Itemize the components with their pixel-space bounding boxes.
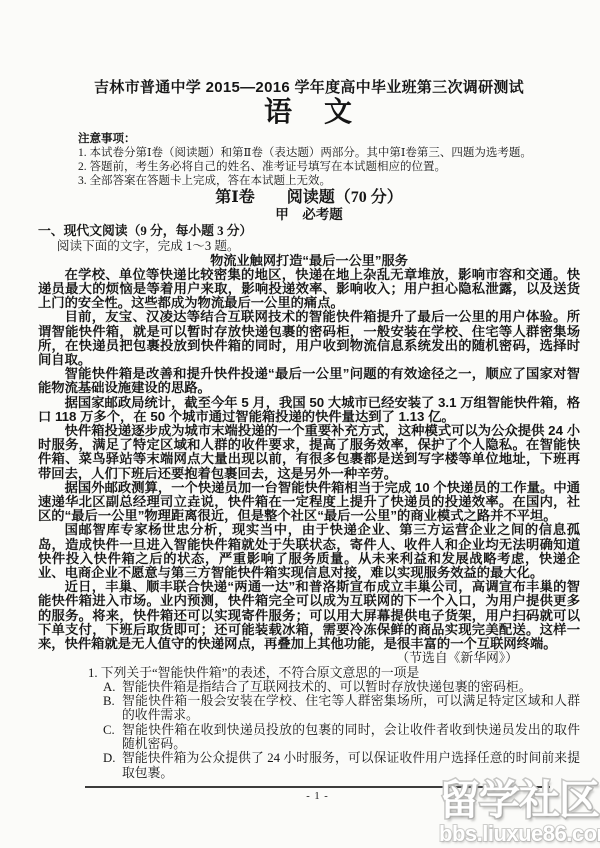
option-text: 智能快件箱在收到快递员投放的包裹的同时，会让收件者收到快递员发出的取件随机密码。 (122, 723, 580, 752)
article-paragraph: 国邮智库专家杨世忠分析，现实当中，由于快递企业、第三方运营企业之间的信息孤岛，造… (38, 523, 580, 580)
question-1-options: A. 智能快件箱是指结合了互联网技术的、可以暂时存放快递包裹的密码柜。 B. 智… (38, 680, 580, 780)
article-paragraph: 据国家邮政局统计，截至今年 5 月，我国 50 大城市已经安装了 3.1 万组智… (38, 396, 580, 424)
notice-item: 3. 全部答案在答题卡上完成，答在本试题上无效。 (78, 174, 580, 188)
question-type-heading: 一、现代文阅读（9 分，每小题 3 分） (38, 224, 580, 239)
article-paragraph: 智能快件箱是改善和提升快件投递“最后一公里”问题的有效途径之一，顺应了国家对智能… (38, 367, 580, 395)
option-label: C. (103, 723, 122, 752)
notice-title: 注意事项： (78, 132, 580, 146)
reading-instruction: 阅读下面的文字，完成 1～3 题。 (38, 239, 580, 253)
page-number: - 1 - (85, 791, 550, 802)
article-paragraph: 近日，丰巢、顺丰联合快递“两通一达”和普洛斯宣布成立丰巢公司，高调宣布丰巢的智能… (38, 580, 580, 651)
scanned-exam-page: { "colors": { "page_background": "#fbfbf… (0, 0, 600, 848)
article-paragraph: 在学校、单位等快递比较密集的地区，快递在地上杂乱无章堆放，影响市容和交通。快递员… (38, 268, 580, 311)
article-attribution: （节选自《新华网》） (38, 651, 580, 665)
option-text: 智能快件箱是指结合了互联网技术的、可以暂时存放快递包裹的密码柜。 (122, 680, 580, 694)
article-paragraph: 快件箱投递逐步成为城市末端投递的一个重要补充方式，这种模式可以为公众提供 24 … (38, 424, 580, 481)
site-watermark: 留学社区 bbs.liuxue86.com (439, 779, 600, 845)
part-title: 甲 必考题 (38, 207, 580, 222)
notice-item: 2. 答题前，考生务必将自己的姓名、准考证号填写在本试题相应的位置。 (78, 160, 580, 174)
subject-title: 语 文 (38, 98, 580, 128)
option-text: 智能快件箱一般会安装在学校、住宅等人群密集场所，可以满足特定区域和人群的收件需求… (122, 694, 580, 723)
article-paragraph: 据国外邮政测算，一个快递员加一台智能快件箱相当于完成 10 个快递员的工作量。中… (38, 481, 580, 524)
article-title: 物流业触网打造“最后一公里”服务 (38, 253, 580, 268)
question-option: B. 智能快件箱一般会安装在学校、住宅等人群密集场所，可以满足特定区域和人群的收… (38, 694, 580, 723)
option-label: B. (103, 694, 122, 723)
option-label: D. (103, 751, 122, 780)
footer-divider (85, 786, 550, 788)
page-content: 吉林市普通中学 2015—2016 学年度高中毕业班第三次调研测试 语 文 注意… (38, 78, 580, 780)
option-text: 智能快件箱为公众提供了 24 小时服务，可以保证收件用户选择任意的时间前来提取包… (122, 751, 580, 780)
question-option: D. 智能快件箱为公众提供了 24 小时服务，可以保证收件用户选择任意的时间前来… (38, 751, 580, 780)
volume-title: 第Ⅰ卷 阅读题（70 分） (38, 189, 580, 207)
article-body: 在学校、单位等快递比较密集的地区，快递在地上杂乱无章堆放，影响市容和交通。快递员… (38, 268, 580, 651)
question-1-stem: 1. 下列关于“智能快件箱”的表述，不符合原文意思的一项是 (38, 666, 580, 680)
notice-block: 注意事项： 1. 本试卷分第Ⅰ卷（阅读题）和第Ⅱ卷（表达题）两部分。其中第Ⅰ卷第… (78, 132, 580, 188)
article-paragraph: 目前，友宝、汉凌达等结合互联网技术的智能快件箱提升了最后一公里的用户体验。所谓智… (38, 310, 580, 367)
watermark-url: bbs.liuxue86.com (439, 822, 600, 845)
exam-header-line: 吉林市普通中学 2015—2016 学年度高中毕业班第三次调研测试 (38, 78, 580, 97)
notice-list: 1. 本试卷分第Ⅰ卷（阅读题）和第Ⅱ卷（表达题）两部分。其中第Ⅰ卷第三、四题为选… (78, 146, 580, 188)
question-option: A. 智能快件箱是指结合了互联网技术的、可以暂时存放快递包裹的密码柜。 (38, 680, 580, 694)
question-option: C. 智能快件箱在收到快递员投放的包裹的同时，会让收件者收到快递员发出的取件随机… (38, 723, 580, 752)
notice-item: 1. 本试卷分第Ⅰ卷（阅读题）和第Ⅱ卷（表达题）两部分。其中第Ⅰ卷第三、四题为选… (78, 146, 580, 160)
option-label: A. (103, 680, 122, 694)
